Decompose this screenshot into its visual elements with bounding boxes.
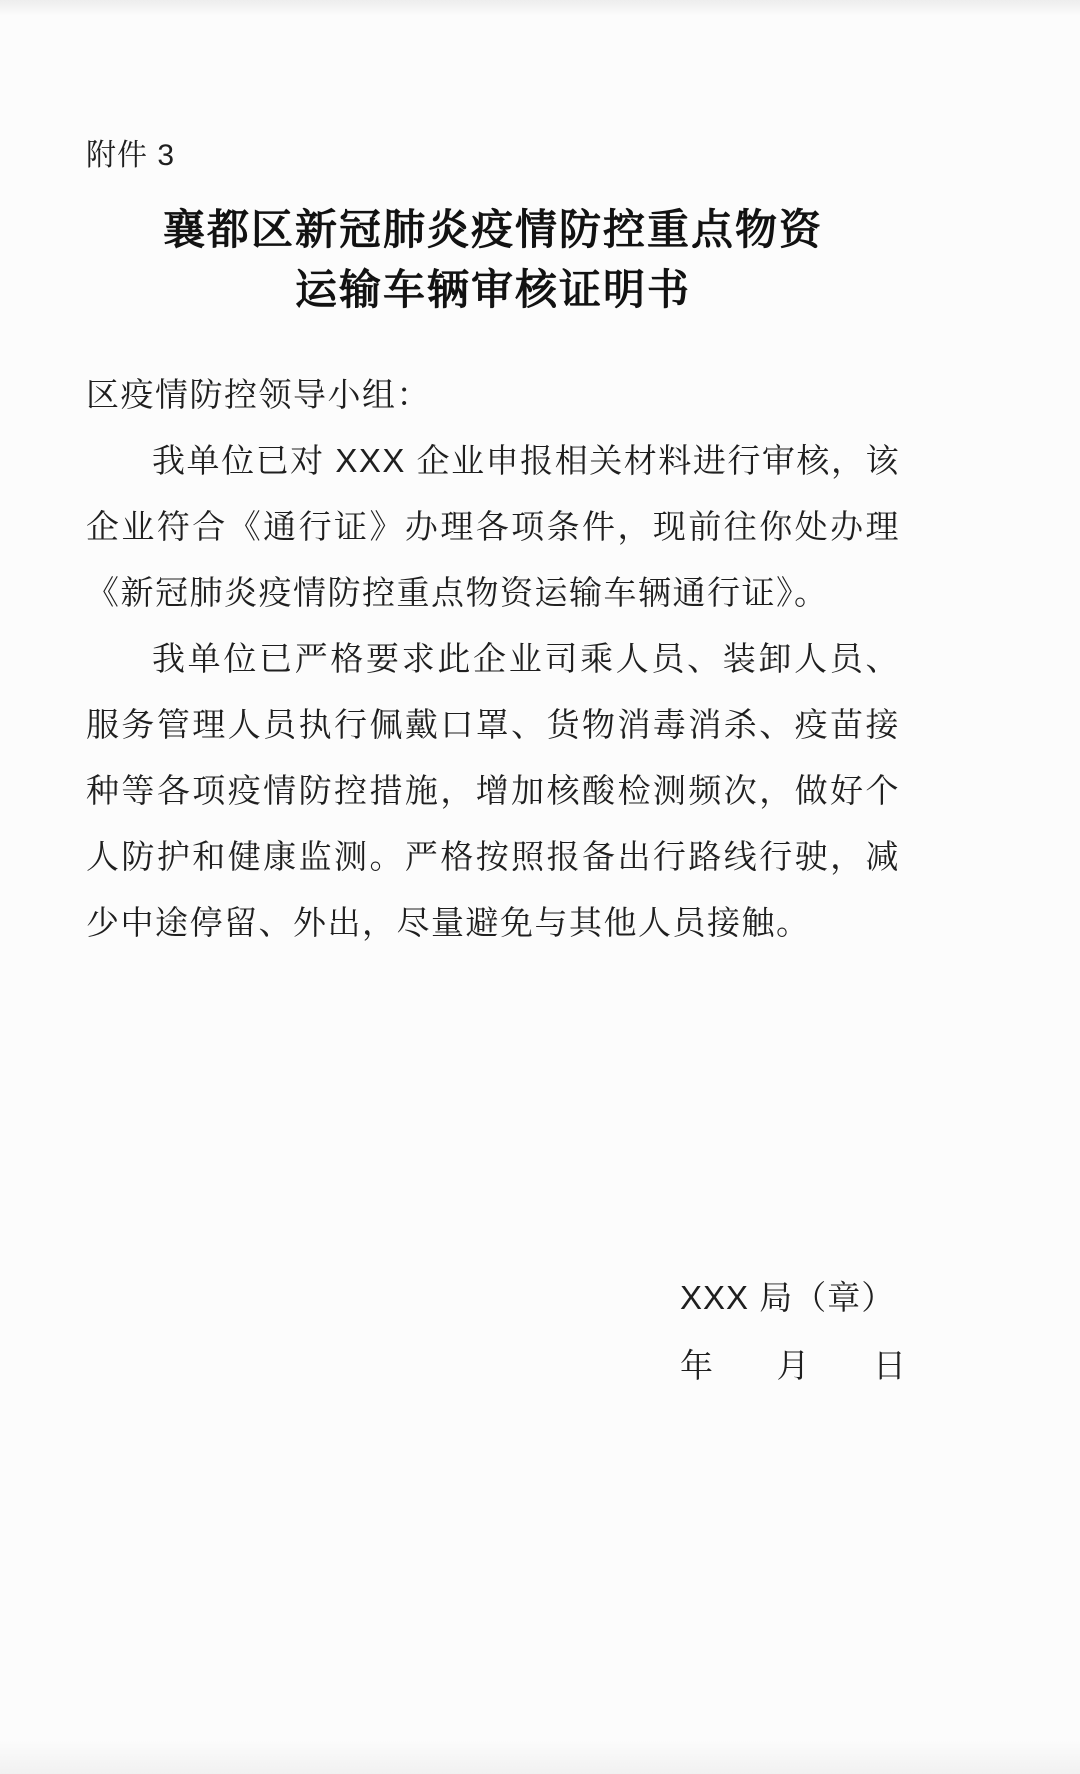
document-title: 襄都区新冠肺炎疫情防控重点物资 运输车辆审核证明书 [86, 200, 900, 320]
date-line: 年 月 日 [680, 1346, 906, 1386]
month-label: 月 [777, 1346, 810, 1386]
attachment-label: 附件 3 [86, 134, 900, 178]
salutation: 区疫情防控领导小组： [86, 362, 900, 428]
document-page: 附件 3 襄都区新冠肺炎疫情防控重点物资 运输车辆审核证明书 区疫情防控领导小组… [0, 0, 1080, 1774]
title-line-1: 襄都区新冠肺炎疫情防控重点物资 [86, 200, 900, 260]
issuer-name: XXX 局（章） [680, 1278, 906, 1318]
day-label: 日 [873, 1346, 906, 1386]
paragraph-audit: 我单位已对 XXX 企业申报相关材料进行审核，该企业符合《通行证》办理各项条件，… [86, 428, 900, 626]
signature-block: XXX 局（章） 年 月 日 [680, 1278, 906, 1386]
title-line-2: 运输车辆审核证明书 [86, 260, 900, 320]
paragraph-requirements: 我单位已严格要求此企业司乘人员、装卸人员、服务管理人员执行佩戴口罩、货物消毒消杀… [86, 626, 900, 956]
year-label: 年 [680, 1346, 713, 1386]
